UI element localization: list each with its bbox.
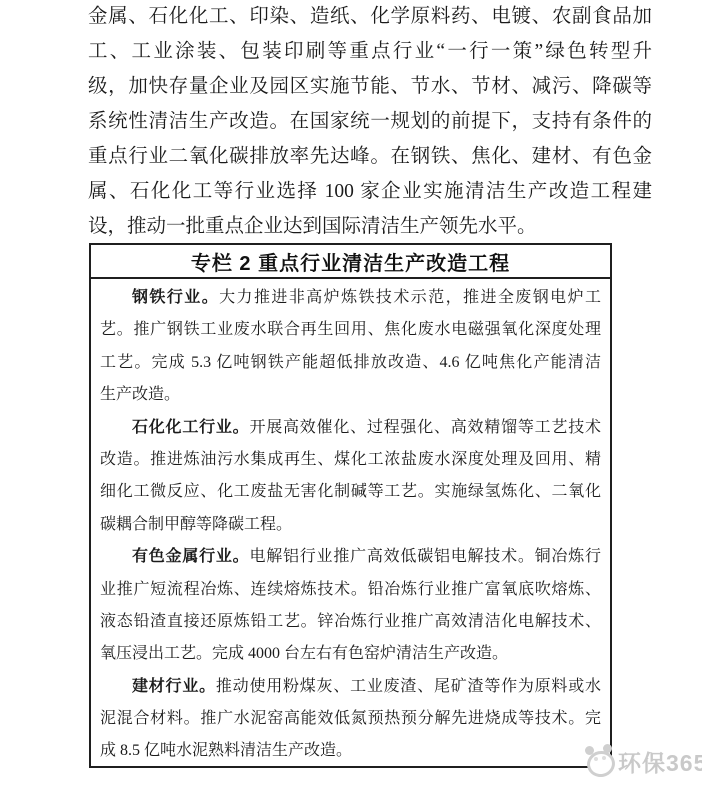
column-2-panel: 专栏 2 重点行业清洁生产改造工程 钢铁行业。大力推进非高炉炼铁技术示范，推进全… bbox=[89, 243, 612, 768]
text-line: 成 8.5 亿吨水泥熟料清洁生产改造。 bbox=[100, 735, 601, 767]
text-line: 氧压浸出工艺。完成 4000 台左右有色窑炉清洁生产改造。 bbox=[100, 638, 601, 670]
text-line: 液态铅渣直接还原炼铅工艺。锌冶炼行业推广高效清洁化电解技术、 bbox=[100, 606, 601, 638]
section-lead: 石化化工行业。 bbox=[132, 419, 249, 436]
text-line: 系统性清洁生产改造。在国家统一规划的前提下，支持有条件的 bbox=[88, 104, 652, 139]
section-lead: 建材行业。 bbox=[132, 678, 216, 695]
text-line: 艺。推广钢铁工业废水联合再生回用、焦化废水电磁强氧化深度处理 bbox=[100, 314, 601, 346]
text-line: 工艺。完成 5.3 亿吨钢铁产能超低排放改造、4.6 亿吨焦化产能清洁 bbox=[100, 347, 601, 379]
panel-body: 钢铁行业。大力推进非高炉炼铁技术示范，推进全废钢电炉工艺。推广钢铁工业废水联合再… bbox=[91, 279, 610, 768]
panel-title: 专栏 2 重点行业清洁生产改造工程 bbox=[91, 245, 610, 279]
text-line: 石化化工行业。开展高效催化、过程强化、高效精馏等工艺技术 bbox=[100, 412, 601, 444]
text-line: 金属、石化化工、印染、造纸、化学原料药、电镀、农副食品加 bbox=[88, 0, 652, 34]
text-line: 级，加快存量企业及园区实施节能、节水、节材、减污、降碳等 bbox=[88, 69, 652, 104]
section-lead: 有色金属行业。 bbox=[132, 548, 249, 565]
text-line: 建材行业。推动使用粉煤灰、工业废渣、尾矿渣等作为原料或水 bbox=[100, 671, 601, 703]
text-line: 工、工业涂装、包装印刷等重点行业“一行一策”绿色转型升 bbox=[88, 34, 652, 69]
text-line: 细化工微反应、化工废盐无害化制碱等工艺。实施绿氢炼化、二氧化 bbox=[100, 476, 601, 508]
watermark: 环保365 bbox=[584, 740, 702, 782]
text-line: 碳耦合制甲醇等降碳工程。 bbox=[100, 509, 601, 541]
text-line: 泥混合材料。推广水泥窑高能效低氮预热预分解先进烧成等技术。完 bbox=[100, 703, 601, 735]
document-page: 金属、石化化工、印染、造纸、化学原料药、电镀、农副食品加工、工业涂装、包装印刷等… bbox=[0, 0, 702, 789]
panda-logo-icon bbox=[584, 743, 618, 779]
text-line: 有色金属行业。电解铝行业推广高效低碳铝电解技术。铜冶炼行 bbox=[100, 541, 601, 573]
text-line: 属、石化化工等行业选择 100 家企业实施清洁生产改造工程建 bbox=[88, 174, 652, 209]
intro-paragraph: 金属、石化化工、印染、造纸、化学原料药、电镀、农副食品加工、工业涂装、包装印刷等… bbox=[88, 0, 652, 244]
text-line: 改造。推进炼油污水集成再生、煤化工浓盐废水深度处理及回用、精 bbox=[100, 444, 601, 476]
section-lead: 钢铁行业。 bbox=[132, 289, 219, 306]
text-line: 生产改造。 bbox=[100, 379, 601, 411]
text-line: 重点行业二氧化碳排放率先达峰。在钢铁、焦化、建材、有色金 bbox=[88, 139, 652, 174]
panda-eye-right bbox=[602, 756, 606, 760]
text-line: 设，推动一批重点企业达到国际清洁生产领先水平。 bbox=[88, 209, 652, 244]
panda-eye-left bbox=[594, 757, 598, 761]
text-line: 业推广短流程冶炼、连续熔炼技术。铅冶炼行业推广富氧底吹熔炼、 bbox=[100, 574, 601, 606]
text-line: 钢铁行业。大力推进非高炉炼铁技术示范，推进全废钢电炉工 bbox=[100, 282, 601, 314]
watermark-label: 环保365 bbox=[618, 745, 702, 778]
